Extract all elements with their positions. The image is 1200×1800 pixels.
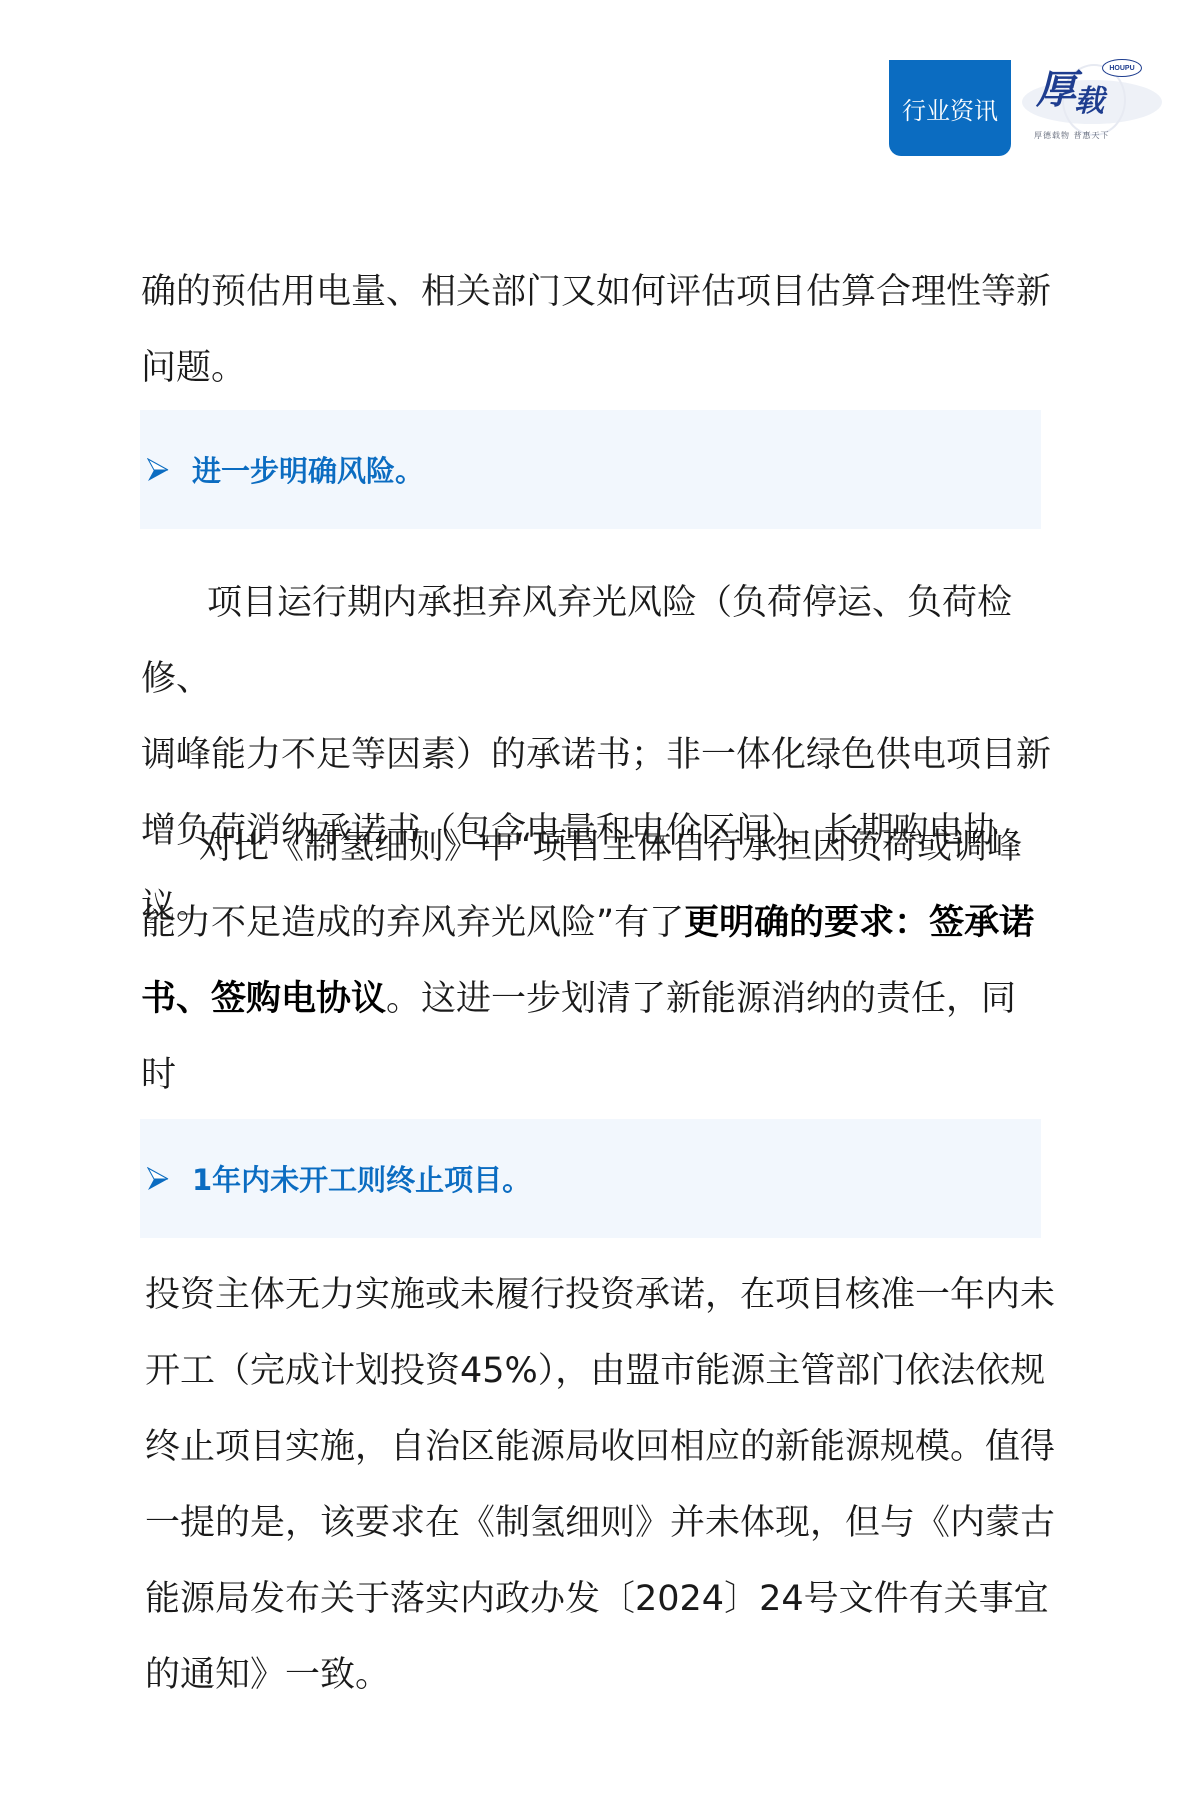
emphasis-text: 更明确的要求：签承诺 xyxy=(684,903,1034,943)
arrowhead-bullet-icon xyxy=(147,1167,169,1191)
text-line: 一提的是，该要求在《制氢细则》并未体现，但与《内蒙古 xyxy=(145,1503,1055,1543)
section-heading: 进一步明确风险。 xyxy=(192,449,424,490)
brand-char-2: 载 xyxy=(1074,84,1102,119)
emblem-text: HOUPU xyxy=(1109,65,1134,72)
category-badge-label: 行业资讯 xyxy=(902,91,998,126)
emphasis-text: 书、签购电协议 xyxy=(141,979,386,1019)
text-line: 问题。 xyxy=(141,348,246,388)
section-heading: 1年内未开工则终止项目。 xyxy=(192,1158,531,1199)
text-line: 能力不足造成的弃风弃光风险”有了 xyxy=(141,903,684,943)
text-line: 项目运行期内承担弃风弃光风险（负荷停运、负荷检修、 xyxy=(141,583,1012,699)
text-line: 确的预估用电量、相关部门又如何评估项目估算合理性等新 xyxy=(141,272,1051,312)
text-line: 终止项目实施，自治区能源局收回相应的新能源规模。值得 xyxy=(145,1427,1055,1467)
intro-paragraph: 确的预估用电量、相关部门又如何评估项目估算合理性等新 问题。 xyxy=(141,254,1051,406)
text-line: 对比《制氢细则》中“项目主体自行承担因负荷或调峰 xyxy=(199,827,1022,867)
section-2-paragraph-1: 投资主体无力实施或未履行投资承诺，在项目核准一年内未 开工（完成计划投资45%）… xyxy=(145,1257,1055,1713)
arrowhead-bullet-icon xyxy=(147,458,169,482)
brand-logo: 厚载 HOUPU 厚德载物 普惠天下 xyxy=(1022,56,1172,156)
houpu-emblem-icon: HOUPU xyxy=(1102,59,1142,77)
section-heading-box: 进一步明确风险。 xyxy=(140,410,1041,529)
category-badge: 行业资讯 xyxy=(889,60,1011,156)
text-line: 调峰能力不足等因素）的承诺书；非一体化绿色供电项目新 xyxy=(141,735,1051,775)
text-line: 投资主体无力实施或未履行投资承诺，在项目核准一年内未 xyxy=(145,1275,1055,1315)
text-line: 能源局发布关于落实内政办发〔2024〕24号文件有关事宜 xyxy=(145,1579,1049,1619)
text-line: 开工（完成计划投资45%），由盟市能源主管部门依法依规 xyxy=(145,1351,1045,1391)
brand-name: 厚载 xyxy=(1036,70,1102,110)
text-line: 的通知》一致。 xyxy=(145,1655,390,1695)
section-heading-box: 1年内未开工则终止项目。 xyxy=(140,1119,1041,1238)
brand-char-1: 厚 xyxy=(1036,66,1074,113)
brand-tagline: 厚德载物 普惠天下 xyxy=(1034,130,1110,141)
